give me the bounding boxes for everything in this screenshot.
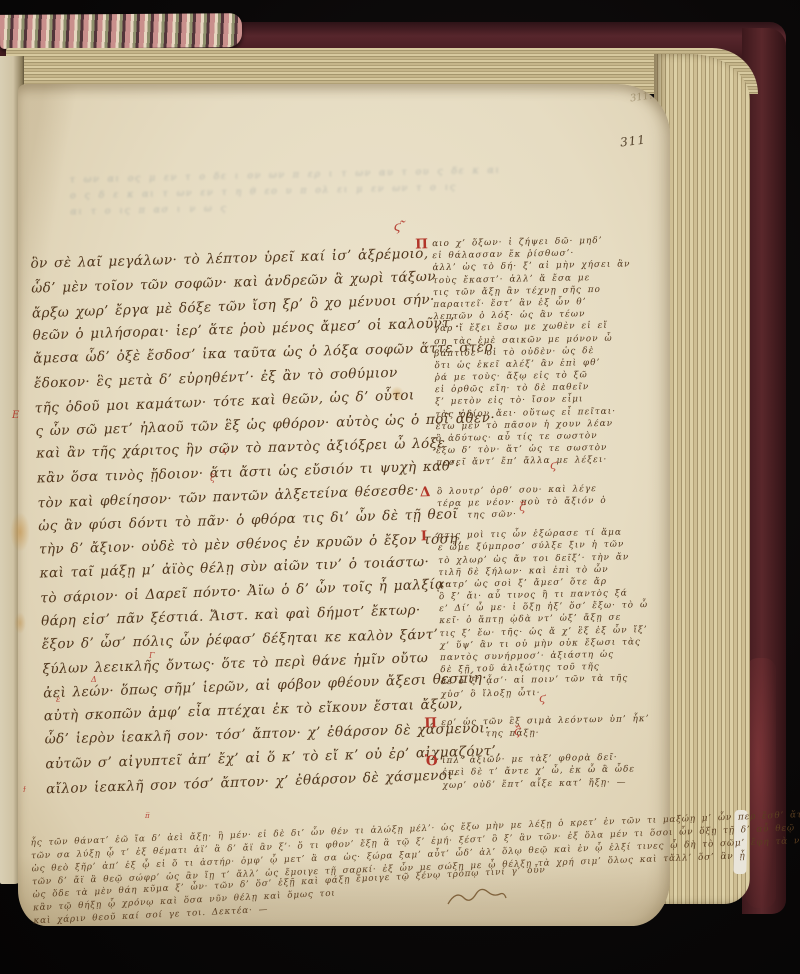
commentary-section: Ὁἱπλ’ ἀξιῶν· με τὰξ’ φθορὰ δεῖ·ἐπεὶ δὲ τ… — [442, 751, 659, 792]
commentary-column: Παιο χ’ ὅξων· ἰ ζήψει δῶ· μηδ’εἰ θάλασσα… — [432, 234, 659, 792]
rubric-mark: ε — [56, 696, 60, 704]
rubric-mark: ϛ᷈ — [519, 501, 526, 513]
scribal-flourish — [446, 888, 508, 910]
endband — [0, 13, 242, 49]
manuscript-photo: τ ων αι ος μ εν τ ο δε ι ον ων π ερ ι τ … — [0, 0, 800, 974]
parchment-stain — [14, 612, 26, 634]
commentary-section: Ιατις μοὶ τις ὧν ἐξώρασε τί ἅμαε ὦμε ξύμ… — [438, 526, 657, 701]
main-text-column: ὃν σὲ λαῖ μεγάλων· τὸ λέπτον ὑρεῖ καί ἰσ… — [30, 242, 438, 801]
rubric-initial: Δ — [420, 484, 431, 500]
manuscript-page: τ ων αι ος μ εν τ ο δε ι ον ων π ερ ι τ … — [18, 84, 670, 926]
show-through-text: τ ων αι ος μ εν τ ο δε ι ον ων π ερ ι τ … — [70, 160, 641, 221]
rubric-mark: ϛ — [539, 692, 546, 704]
rubric-mark: ϛ — [550, 459, 557, 471]
folio-number-faint: 311. — [629, 91, 653, 105]
rubric-mark: ϯ — [23, 786, 26, 794]
commentary-section: Δὃ λουτρ’ ὀρθ’ σου· καὶ λέγετέρα με νέον… — [437, 482, 654, 523]
commentary-section: Περ’ ὡς τῶν ἓξ σιμὰ λεόντων ὑπ’ ἧκ’της π… — [441, 713, 657, 742]
scholia-block: ἧς τῶν θάνατ’ ἐῶ ἴα δ’ ἀεὶ ἄξῃ· ἣ μέν· ε… — [31, 810, 782, 928]
commentary-section: Παιο χ’ ὅξων· ἰ ζήψει δῶ· μηδ’εἰ θάλασσα… — [432, 234, 652, 470]
rubric-initial: Ι — [421, 528, 428, 544]
rubric-initial: Π — [415, 236, 428, 252]
rubric-mark: ϛ͂ — [394, 218, 401, 234]
rubric-mark: Γ — [149, 652, 155, 660]
rubric-mark: Ε — [12, 411, 19, 421]
rubric-initial: Ὁ — [425, 753, 438, 769]
rubric-initial: Π — [424, 715, 437, 731]
rubric-mark: π̅ — [145, 813, 150, 820]
rubric-mark: ϛ — [222, 447, 227, 456]
rubric-mark: ϛ᷈ — [514, 725, 521, 737]
folio-number: 311 — [619, 132, 646, 149]
rubric-mark: ϛ᷉ — [210, 475, 215, 484]
parchment-stain — [10, 512, 30, 552]
rubric-mark: Δ — [91, 676, 97, 684]
